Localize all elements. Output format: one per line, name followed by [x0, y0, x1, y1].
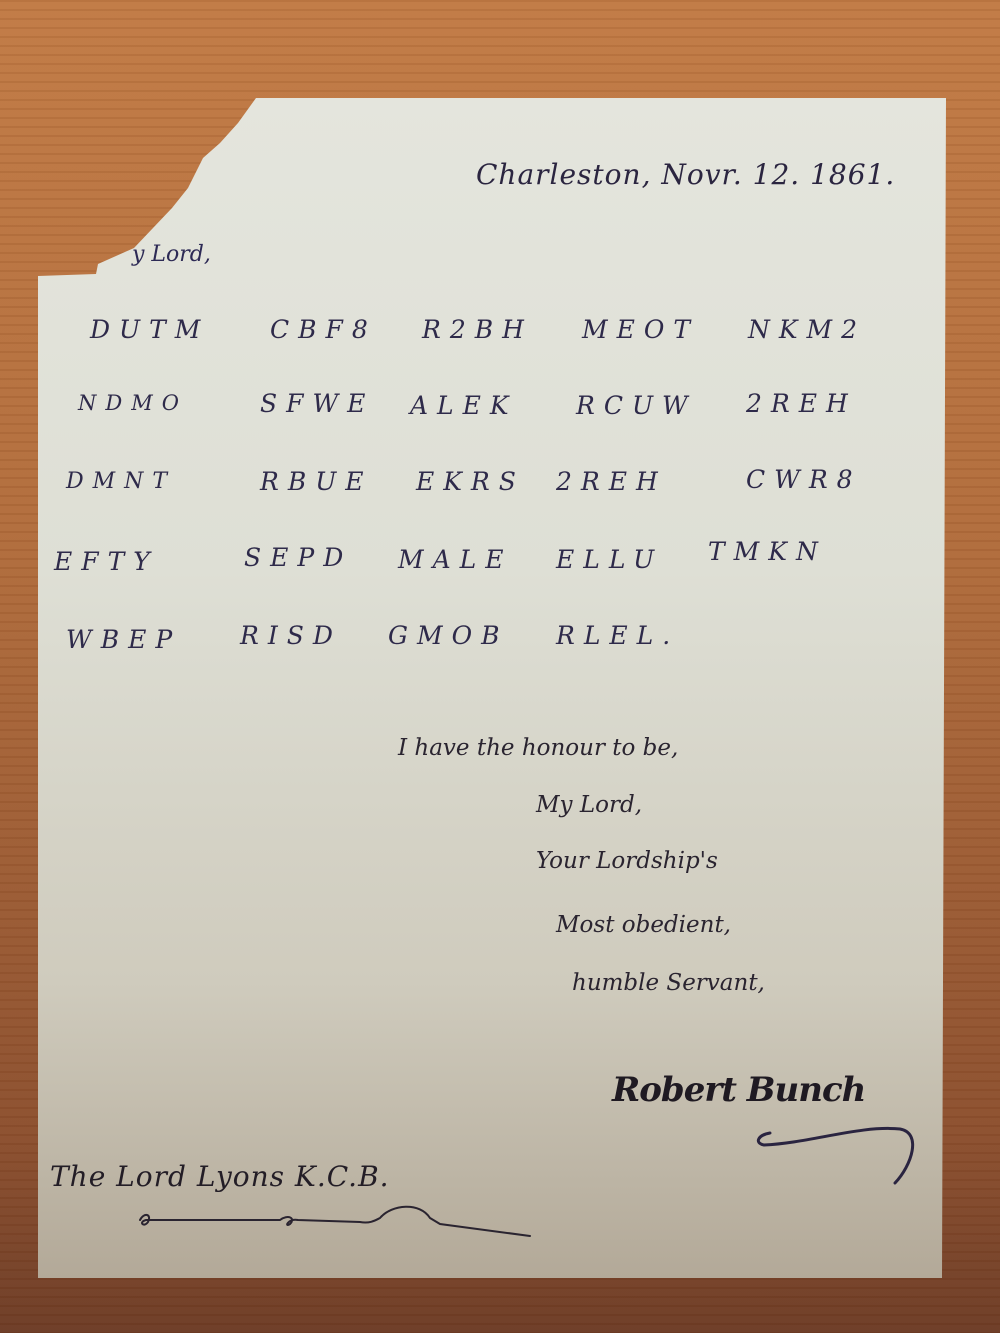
cipher-group: R2BH — [422, 315, 533, 344]
cipher-group: RISD — [240, 621, 342, 650]
cipher-grid: DUTM CBF8 R2BH MEOT NKM2 NDMO SFWE ALEK … — [60, 315, 900, 725]
cipher-group: ELLU — [556, 545, 663, 574]
cipher-group: SEPD — [244, 543, 352, 572]
signature: Robert Bunch — [612, 1070, 865, 1110]
addressee: The Lord Lyons K.C.B. — [50, 1160, 390, 1193]
closing-line-3: Your Lordship's — [536, 848, 718, 874]
cipher-group: 2REH — [556, 467, 667, 496]
cipher-row-1: DUTM CBF8 R2BH MEOT NKM2 — [60, 315, 900, 397]
signature-flourish — [750, 1115, 920, 1190]
addressee-etc-line — [130, 1200, 550, 1250]
cipher-group: ALEK — [410, 391, 518, 420]
closing-line-5: humble Servant, — [572, 970, 765, 996]
cipher-group: 2REH — [746, 389, 857, 418]
cipher-group: NDMO — [78, 391, 188, 415]
cipher-group: EKRS — [416, 467, 525, 496]
cipher-group: DUTM — [90, 315, 209, 344]
cipher-row-5: WBEP RISD GMOB RLEL. — [60, 643, 900, 725]
cipher-group: RLEL. — [556, 621, 679, 650]
cipher-group: RCUW — [576, 391, 697, 420]
cipher-group: SFWE — [260, 389, 374, 418]
cipher-group: EFTY — [54, 547, 159, 576]
cipher-group: TMKN — [708, 537, 827, 566]
cipher-group: CBF8 — [270, 315, 377, 344]
cipher-group: NKM2 — [748, 315, 866, 344]
cipher-group: RBUE — [260, 467, 373, 496]
salutation: y Lord, — [132, 242, 211, 267]
cipher-group: GMOB — [388, 621, 508, 650]
cipher-group: CWR8 — [746, 465, 862, 494]
closing-line-4: Most obedient, — [556, 912, 731, 938]
cipher-group: DMNT — [66, 469, 176, 494]
cipher-group: WBEP — [66, 625, 181, 654]
dateline: Charleston, Novr. 12. 1861. — [476, 158, 895, 191]
closing-line-1: I have the honour to be, — [398, 735, 678, 761]
cipher-group: MEOT — [582, 315, 699, 344]
cipher-group: MALE — [398, 545, 513, 574]
closing-line-2: My Lord, — [536, 792, 642, 818]
